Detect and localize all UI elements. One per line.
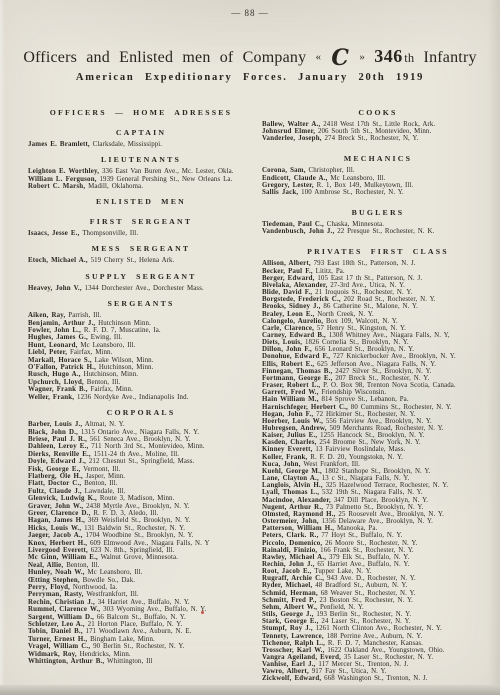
entry-address: Fairfax, Minn. <box>67 349 112 356</box>
entry-address: 625 Jefferson Ave., Niagara Falls, N. Y. <box>314 361 436 368</box>
roster-entry: O'Fallon, Patrick H., Hutchinson, Minn. <box>28 364 254 371</box>
section-heading: SUPPLY SERGEANT <box>28 272 254 281</box>
entry-name: Ostermeier, John, <box>262 518 319 525</box>
entry-address: 2438 Myrtle Ave., Brooklyn, N. Y. <box>83 503 189 510</box>
roster-entry: Fortmann, George E., 207 Breck St., Roch… <box>262 375 494 382</box>
entry-address: 1315 Ontario Ave., Niagara Falls, N. Y. <box>78 429 199 436</box>
roster-entry: Perry, Floyd, Northwood, Ia. <box>28 584 254 591</box>
roster-entry: Œtting Stephen, Bowdle So., Dak. <box>28 577 254 584</box>
entry-name: Stils, George J., <box>262 611 314 618</box>
roster-entry: Hogan, John F., 72 Hirkimer St., Rochest… <box>262 411 494 418</box>
entry-address: 26 Moore St., Rochester, N. Y. <box>322 540 417 547</box>
roster-entry: Upchurch, Lloyd, Benton, Ill. <box>28 379 254 386</box>
roster-entry: Tobin, Daniel B., 171 Woodlawn Ave., Aub… <box>28 628 254 635</box>
entry-address: Mc Leansboro, Ill. <box>78 342 136 349</box>
entry-name: Rusch, Hugo A., <box>28 371 81 378</box>
entry-address: 188 Perrine Ave., Auburn, N. Y. <box>324 633 422 640</box>
entry-name: Stark, George E., <box>262 618 319 625</box>
roster-entry: Livergood Everett, 623 N. 8th., Springfi… <box>28 547 254 554</box>
roster-entry: Borgstede, Frederick C., 202 Road St., R… <box>262 296 494 303</box>
roster-entry: Brooks, Sidney J., 86 Catherine St., Mal… <box>262 303 494 310</box>
entry-address: 793 East 18th St., Patterson, N. J. <box>311 260 416 267</box>
entry-name: Kuehl, George M., <box>262 468 322 475</box>
roster-entry: Tiedeman, Paul C., Chaska, Minnesota. <box>262 221 494 228</box>
entry-address: 623 N. 8th., Springfield, Ill. <box>88 547 175 554</box>
regiment-ordinal: th <box>404 51 414 65</box>
roster-entry: Sallis Jack, 100 Ambrose St., Rochester,… <box>262 189 494 196</box>
entry-address: 34 Harriet Ave., Buffalo, N. Y. <box>95 599 190 606</box>
entry-name: William L. Ferguson, <box>28 176 97 183</box>
entry-address: 1622 Oakland Ave., Youngstown, Ohio. <box>325 647 445 654</box>
entry-address: Mc Leansboro, Ill. <box>328 175 386 182</box>
entry-name: Œtting Stephen, <box>28 577 80 584</box>
roster-entry: Fisk, George E., Vermont, Ill. <box>28 466 254 473</box>
entry-name: Dillon, John F., <box>262 346 312 353</box>
entry-address: Northwood, Ia. <box>70 584 117 591</box>
entry-address: Benton, Ill. <box>81 480 117 487</box>
entry-name: Markall, Horace S., <box>28 357 92 364</box>
roster-entry: Rummel, Clarence W., 303 Wyoming Ave., B… <box>28 606 254 613</box>
entry-address: Penfield, N. Y. <box>317 604 364 611</box>
entry-name: Vangra Ageiland, Everd, <box>262 654 341 661</box>
entry-name: Harnischfeger, Herbert C., <box>262 404 348 411</box>
entry-name: Finnegan, Thomas B., <box>262 368 332 375</box>
entry-name: Endicott, Claude A., <box>262 175 328 182</box>
title-block: Officers and Enlisted men of Company « C… <box>0 46 500 83</box>
entry-name: Hunt, Leonard, <box>28 342 78 349</box>
entry-address: 48 Bradford St., Auburn, N. Y. <box>312 582 407 589</box>
entry-address: 80 Cummins St., Rochester, N. Y. <box>348 404 452 411</box>
roster-entry: Wagner, Frank B., Fairfax, Minn. <box>28 386 254 393</box>
entry-address: 1802 Stanhope St., Brooklyn, N. Y. <box>322 468 430 475</box>
entry-address: Chaska, Minnesota. <box>324 221 384 228</box>
entry-address: 656 Leonard St., Brooklyn, N. Y. <box>312 346 414 353</box>
roster-entry: Flatberg, Ole H., Jasper, Minn. <box>28 473 254 480</box>
left-column: OFFICERS — HOME ADRESSESCAPTAINJames E. … <box>28 108 254 691</box>
entry-address: 207 Breck St., Rochester, N. Y. <box>333 375 430 382</box>
entry-name: Koller, Frank, <box>262 454 307 461</box>
entry-address: Friendship Wisconsin. <box>319 389 387 396</box>
entry-name: Rawley, Michael A., <box>262 554 326 561</box>
roster-entry: Stils, George J., 193 Berlin St., Roches… <box>262 611 494 618</box>
entry-address: 711 North 3rd St., Montevideo, Minn. <box>88 443 204 450</box>
entry-name: Fisk, George E., <box>28 466 80 473</box>
roster-entry: Ryder, Michael, 48 Bradford St., Auburn,… <box>262 582 494 589</box>
page-number: — 88 — <box>0 8 500 18</box>
roster-entry: Lyall, Thomas L., 532 19th St., Niagara … <box>262 489 494 496</box>
entry-address: 1236 Nordyke Ave., Indianapolis Ind. <box>74 394 188 401</box>
open-guillemet: « <box>315 51 321 63</box>
entry-address: 943 Ave. D., Rochester, N. Y. <box>324 575 416 582</box>
section-heading: MECHANICS <box>262 154 494 163</box>
roster-entry: Vanhise, Earl J., 117 Mercer St., Trento… <box>262 661 494 668</box>
entry-name: Hain William M., <box>262 396 319 403</box>
entry-address: 24 Laser St., Rochester, N. Y. <box>319 618 411 625</box>
roster-entry: Rawley, Michael A., 379 Elk St., Buffalo… <box>262 554 494 561</box>
entry-name: Black, John D., <box>28 429 78 436</box>
entry-name: Whittington, Arthur B., <box>28 658 104 665</box>
roster-entry: Stumpf, Roy J., 1261 North Clinton Ave.,… <box>262 625 494 632</box>
roster-entry: Hoerber, Louis W., 556 Fairview Ave., Br… <box>262 418 494 425</box>
entry-address: Bingham Lake, Minn. <box>87 636 155 643</box>
entry-address: Lake Wilson, Minn. <box>92 357 154 364</box>
roster-entry: Rechin, Christian J., 34 Harriet Ave., B… <box>28 599 254 606</box>
entry-address: 131 Baldwin St., Rochester, N. Y. <box>81 525 185 532</box>
entry-address: R. 1, Box 149, Mulkeytown, Ill. <box>314 182 413 189</box>
document-title: Officers and Enlisted men of Company « C… <box>0 46 500 67</box>
roster-entry: Liebl, Peter, Fairfax, Minn. <box>28 349 254 356</box>
entry-name: Brooks, Sidney J., <box>262 303 321 310</box>
entry-address: 23 Boston St., Rochester, N. Y. <box>317 597 413 604</box>
entry-name: Leighton E. Worthley, <box>28 168 99 175</box>
entry-address: 13 c St., Niagara Falls, N. Y. <box>319 475 409 482</box>
entry-address: 1255 Hancock St., Brooklyn, N. Y. <box>317 432 424 439</box>
roster-section: MECHANICSCorona, Sam, Christopher, Ill.E… <box>262 150 494 204</box>
entry-name: Knox, Herbert H., <box>28 540 87 547</box>
entry-address: 57 Henry St., Kingston, N. Y. <box>314 325 406 332</box>
entry-address: Box 109, Walcott, N. Y. <box>323 318 398 325</box>
entry-name: Briese, Paul J. R., <box>28 436 87 443</box>
entry-address: 35 Laser St., Rochester, N. Y. <box>341 654 433 661</box>
section-heading: MESS SERGEANT <box>28 244 254 253</box>
entry-address: Walnut Grove, Minnesota. <box>98 554 178 561</box>
roster-entry: Kaiser, Julius E., 1255 Hancock St., Bro… <box>262 432 494 439</box>
entry-name: Dierks, Renville E., <box>28 451 91 458</box>
roster-entry: Knox, Herbert H., 609 Elmwood Ave., Niag… <box>28 540 254 547</box>
entry-address: 105 East 17 th St., Patterson, N. J. <box>315 275 423 282</box>
entry-name: Root, Jacob E., <box>262 568 312 575</box>
entry-address: West Frankfort, Ill. <box>301 461 360 468</box>
roster-entry: Ostermeier, John, 1356 Delaware Ave., Br… <box>262 518 494 525</box>
section-heading: OFFICERS — HOME ADRESSES <box>28 108 254 117</box>
roster-entry: Endicott, Claude A., Mc Leansboro, Ill. <box>262 175 494 182</box>
entry-name: Stumpf, Roy J., <box>262 625 313 632</box>
roster-entry: Tennety, Lawrence, 188 Perrine Ave., Aub… <box>262 633 494 640</box>
document-subtitle: American Expeditionary Forces. January 2… <box>0 72 500 83</box>
roster-entry: Doyle, Edward J., 212 Chesnut St., Sprin… <box>28 458 254 465</box>
roster-entry: Carle, Clarence, 57 Henry St., Kingston,… <box>262 325 494 332</box>
section-heading: PRIVATES FIRST CLASS <box>262 247 494 256</box>
entry-address: 1356 Delaware Ave., Brooklyn, N. Y. <box>319 518 433 525</box>
entry-name: Schlotzer, Leo A., <box>28 621 85 628</box>
entry-name: Blide, David F., <box>262 289 312 296</box>
entry-address: Route 3, Madison, Minn. <box>97 495 174 502</box>
entry-name: Aiken, Ray, <box>28 312 65 319</box>
entry-name: Widmark, Roy, <box>28 651 77 658</box>
entry-address: 556 Fairview Ave., Brooklyn, N. Y. <box>323 418 432 425</box>
roster-section: FIRST SERGEANTIsaacs, Jesse E., Thompson… <box>28 213 254 240</box>
entry-address: 668 Washington St., Trenton, N. J. <box>321 675 427 682</box>
entry-name: Carney, Edward B., <box>262 332 326 339</box>
roster-entry: Etoch, Michael A., 519 Cherry St., Helen… <box>28 257 254 264</box>
entry-address: 336 East Van Buren Ave., Mc. Lester, Okl… <box>99 168 233 175</box>
entry-address: Parrish, Ill. <box>65 312 101 319</box>
roster-entry: Turner, Ernest H., Bingham Lake, Minn. <box>28 636 254 643</box>
roster-entry: Kuca, John, West Frankfort, Ill. <box>262 461 494 468</box>
entry-address: 13 Fairview Roslindale, Mass. <box>313 446 406 453</box>
entry-address: 303 Wyoming Ave., Buffalo, N. Y. <box>100 606 206 613</box>
entry-address: 68 Weaver St., Rochester, N. Y. <box>318 590 416 597</box>
roster-entry: Perryman, Rasty, Westfrankfort, Ill. <box>28 591 254 598</box>
roster-entry: Briese, Paul J. R., 561 Seneca Ave., Bro… <box>28 436 254 443</box>
entry-address: 25 Roosevelt Ave., Brooklyn, N. Y. <box>336 511 444 518</box>
roster-entry: Barber, Louis J., Altmat, N. Y. <box>28 421 254 428</box>
entry-name: Vanhise, Earl J., <box>262 661 316 668</box>
entry-name: Hubregsen, Andrew, <box>262 425 327 432</box>
roster-entry: Ellis, Robert E., 625 Jefferson Ave., Ni… <box>262 361 494 368</box>
section-heading: ENLISTED MEN <box>28 197 254 206</box>
entry-address: 65 Harriet Ave., Buffalo, N. Y. <box>315 561 410 568</box>
entry-name: Robert C. Marsh, <box>28 183 85 190</box>
entry-name: Kuca, John, <box>262 461 301 468</box>
entry-name: Hogan, John F., <box>262 411 313 418</box>
entry-address: 727 Knickerbocker Ave., Brooklyn, N. Y. <box>330 353 456 360</box>
entry-name: Ballew, Walter A., <box>262 121 320 128</box>
roster-entry: Patterson, William H., Manooka, Pa. <box>262 525 494 532</box>
entry-address: Lawndale, Ill. <box>82 488 126 495</box>
entry-name: Braley, Leon E., <box>262 311 314 318</box>
title-text: Officers and Enlisted men of Company <box>23 49 306 66</box>
entry-name: Vandenbusch, John J., <box>262 228 334 235</box>
roster-entry: Donohue, Edward F., 727 Knickerbocker Av… <box>262 353 494 360</box>
entry-name: Garrett, Fred W., <box>262 389 319 396</box>
entry-address: 1344 Dorchester Ave., Dorchester Mass. <box>82 285 204 292</box>
entry-name: Hunley, Noah W., <box>28 569 85 576</box>
entry-address: 193 Berlin St., Rochester, N. Y. <box>314 611 412 618</box>
entry-address: 509 Merchants Road, Rochester, N. Y. <box>327 425 444 432</box>
roster-section: LIEUTENANTSLeighton E. Worthley, 336 Eas… <box>28 151 254 193</box>
roster-entry: Hagan, James H., 369 Weisfield St., Broo… <box>28 517 254 524</box>
roster-entry: Ballew, Walter A., 2418 West 17th St., L… <box>262 121 494 128</box>
entry-name: Lane, Clayton A., <box>262 475 319 482</box>
roster-entry: Trosscher, Karl W., 1622 Oakland Ave., Y… <box>262 647 494 654</box>
entry-address: R. F. D. 3, Aledo, Ill. <box>91 510 159 517</box>
roster-entry: Allison, Albert, 793 East 18th St., Patt… <box>262 260 494 267</box>
roster-entry: Langlois, Alvin H., 325 Hazelwood Terrac… <box>262 482 494 489</box>
right-column: COOKSBallew, Walter A., 2418 West 17th S… <box>262 108 494 691</box>
roster-entry: Vandenbusch, John J., 22 Presque St., Ro… <box>262 228 494 235</box>
entry-name: Lyall, Thomas L., <box>262 489 319 496</box>
entry-name: Dahleen, Leroy E., <box>28 443 88 450</box>
entry-name: Schmid, Herman, <box>262 590 318 597</box>
roster-entry: Whittington, Arthur B., Whittington, Ill <box>28 658 254 665</box>
roster-entry: Gregory, Lester, R. 1, Box 149, Mulkeyto… <box>262 182 494 189</box>
entry-name: Ryder, Michael, <box>262 582 312 589</box>
entry-name: Rechin, Christian J., <box>28 599 95 606</box>
entry-name: Tennety, Lawrence, <box>262 633 324 640</box>
entry-name: Sargent, William D., <box>28 614 94 621</box>
entry-name: Flatt, Doctor C., <box>28 480 81 487</box>
roster-section: MESS SERGEANTEtoch, Michael A., 519 Cher… <box>28 240 254 267</box>
entry-address: Westfrankfort, Ill. <box>84 591 139 598</box>
entry-name: Corona, Sam, <box>262 167 306 174</box>
entry-name: Hicks, Louis W., <box>28 525 81 532</box>
roster-entry: Calongelo, Aurelio, Box 109, Walcott, N.… <box>262 318 494 325</box>
entry-name: Tobin, Daniel B., <box>28 628 83 635</box>
roster-entry: Diets, Louis, 1826 Cornelia St., Brookly… <box>262 339 494 346</box>
roster-entry: Isaacs, Jesse E., Thompsonville, Ill. <box>28 230 254 237</box>
roster-entry: Markall, Horace S., Lake Wilson, Minn. <box>28 357 254 364</box>
roster-entry: Stark, George E., 24 Laser St., Rocheste… <box>262 618 494 625</box>
roster-section: ENLISTED MEN <box>28 193 254 213</box>
roster-entry: Berger, Edward, 105 East 17 th St., Patt… <box>262 275 494 282</box>
entry-address: Christopher, Ill. <box>306 167 355 174</box>
roster-entry: Benjamin, Arthur J., Hutchinson Minn. <box>28 320 254 327</box>
entry-address: Benton, Ill. <box>63 562 99 569</box>
entry-address: 917 Fay St., Utica, N. Y. <box>309 668 387 675</box>
entry-address: 90 Berlin St., Rochester, N. Y. <box>90 643 184 650</box>
title-suffix: Infantry <box>424 49 477 66</box>
red-ink-mark <box>201 611 204 614</box>
entry-name: Isaacs, Jesse E., <box>28 230 80 237</box>
roster-entry: Graver, John W., 2438 Myrtle Ave., Brook… <box>28 503 254 510</box>
roster-entry: Mc Ginn, William E., Walnut Grove, Minne… <box>28 554 254 561</box>
entry-name: Johnsrud Elmer, <box>262 128 315 135</box>
entry-name: Vragel, William C., <box>28 643 90 650</box>
roster-entry: Fultz, Claude J., Lawndale, Ill. <box>28 488 254 495</box>
entry-name: Langlois, Alvin H., <box>262 482 323 489</box>
entry-name: Diets, Louis, <box>262 339 302 346</box>
roster-entry: Aiken, Ray, Parrish, Ill. <box>28 312 254 319</box>
entry-name: Patterson, William H., <box>262 525 334 532</box>
entry-name: Fraser, Robert L., <box>262 382 320 389</box>
entry-address: Clarksdale, Mississippi. <box>90 141 162 148</box>
roster-entry: Rainaldi, Finizio, 166 Frank St., Roches… <box>262 547 494 554</box>
roster-entry: Kinney Everett, 13 Fairview Roslindale, … <box>262 446 494 453</box>
roster-entry: Sargent, William D., 66 Balcom St., Buff… <box>28 614 254 621</box>
entry-address: North Creek, N. Y. <box>314 311 373 318</box>
entry-address: 347 Dill Place, Brooklyn, N. Y. <box>331 497 428 504</box>
entry-name: Kaiser, Julius E., <box>262 432 317 439</box>
roster-entry: Glenvick, Ludwig K., Route 3, Madison, M… <box>28 495 254 502</box>
roster-entry: Sehm, Albert W., Penfield, N. Y. <box>262 604 494 611</box>
entry-name: Olmsted, Raymond H., <box>262 511 336 518</box>
roster-entry: Blide, David F., 21 Iroquois St., Roches… <box>262 289 494 296</box>
entry-name: Perry, Floyd, <box>28 584 70 591</box>
roster-entry: Finnegan, Thomas B., 2427 Silver St., Br… <box>262 368 494 375</box>
roster-entry: Koller, Frank, R. F. D. 20, Youngstokn, … <box>262 454 494 461</box>
entry-name: Barber, Louis J., <box>28 421 82 428</box>
roster-entry: Flatt, Doctor C., Benton, Ill. <box>28 480 254 487</box>
entry-address: 1826 Cornelia St., Brooklyn, N. Y. <box>302 339 409 346</box>
entry-address: Fairfax, Minn. <box>88 386 133 393</box>
entry-address: Benton, Ill. <box>84 379 120 386</box>
entry-name: James E. Bramlett, <box>28 141 90 148</box>
roster-entry: Rechin, John J., 65 Harriet Ave., Buffal… <box>262 561 494 568</box>
entry-name: Kinney Everett, <box>262 446 313 453</box>
roster-entry: Vanderlee, Joseph, 274 Breck St., Roches… <box>262 135 494 142</box>
entry-address: 814 Sprove St., Lebanon, Pa. <box>319 396 409 403</box>
entry-address: 274 Breck St., Rochester, N, Y. <box>322 135 419 142</box>
roster-entry: Leighton E. Worthley, 336 East Van Buren… <box>28 168 254 175</box>
roster-entry: Dillon, John F., 656 Leonard St., Brookl… <box>262 346 494 353</box>
roster-entry: Kasden, Charles, 254 Broome St., New Yor… <box>262 439 494 446</box>
entry-address: R. F. D. 7, Muscatine, Ia. <box>81 327 161 334</box>
roster-entry: Hubregsen, Andrew, 509 Merchants Road, R… <box>262 425 494 432</box>
section-heading: LIEUTENANTS <box>28 155 254 164</box>
entry-address: Lititz, Pa. <box>313 268 345 275</box>
entry-address: 1511-24 th Ave., Moline, Ill. <box>91 451 179 458</box>
entry-address: 66 Balcom St., Buffalo, N. Y. <box>94 614 186 621</box>
roster-entry: Becker, Paul F., Lititz, Pa. <box>262 268 494 275</box>
roster-section: OFFICERS — HOME ADRESSES <box>28 108 254 124</box>
roster-section: COOKSBallew, Walter A., 2418 West 17th S… <box>262 108 494 150</box>
entry-name: Trosscher, Karl W., <box>262 647 325 654</box>
entry-address: Jasper, Minn. <box>83 473 125 480</box>
entry-name: Tiedeman, Paul C., <box>262 221 324 228</box>
roster-entry: Schmitt, Fred P., 23 Boston St., Rochest… <box>262 597 494 604</box>
roster-entry: Jaeger, Jacob A., 1704 Woodbine St., Bro… <box>28 532 254 539</box>
entry-name: Donohue, Edward F., <box>262 353 330 360</box>
entry-name: Macindoe, Alexander, <box>262 497 331 504</box>
roster-section: BUGLERSTiedeman, Paul C., Chaska, Minnes… <box>262 204 494 243</box>
entry-address: 369 Weisfield St., Brooklyn, N. Y. <box>85 517 190 524</box>
entry-name: Graver, John W., <box>28 503 83 510</box>
entry-address: P. O. Box 98, Trenton Nova Scotia, Canad… <box>320 382 455 389</box>
entry-name: Nugent, Arthur R., <box>262 504 323 511</box>
company-letter: C <box>330 45 350 71</box>
entry-name: Rugraff, Archie C., <box>262 575 324 582</box>
entry-name: Borgstede, Frederick C., <box>262 296 341 303</box>
entry-address: Thompsonville, Ill. <box>80 230 139 237</box>
entry-address: 1308 Whitney Ave., Niagara Falls, N. Y, <box>326 332 450 339</box>
entry-address: 117 Mercer St., Trenton, N. J. <box>316 661 409 668</box>
entry-name: Fowler, John L., <box>28 327 81 334</box>
entry-address: 73 Palmetto St., Brooklyn, N. Y. <box>323 504 423 511</box>
roster-entry: Rusch, Hugo A., Hutchinson, Minn. <box>28 371 254 378</box>
entry-name: Ellis, Robert E., <box>262 361 314 368</box>
entry-address: 171 Woodlawn Ave., Auburn, N. E. <box>83 628 192 635</box>
entry-name: Allison, Albert, <box>262 260 311 267</box>
entry-address: 21 Horton Place, Buffalo, N. Y. <box>85 621 183 628</box>
entry-name: Turner, Ernest H., <box>28 636 87 643</box>
regiment-number: 346 <box>374 46 403 66</box>
entry-address: 21 Iroquois St., Rochester, N. Y. <box>312 289 412 296</box>
roster-entry: Dahleen, Leroy E., 711 North 3rd St., Mo… <box>28 443 254 450</box>
entry-name: Tichenor, Ralph L., <box>262 640 325 647</box>
entry-name: Schmitt, Fred P., <box>262 597 317 604</box>
entry-name: Wagner, Frank B., <box>28 386 88 393</box>
roster-entry: Hunt, Leonard, Mc Leansboro, Ill. <box>28 342 254 349</box>
entry-address: 77 Hoyt St., Buffalo, N. Y. <box>319 532 403 539</box>
entry-address: 379 Elk St., Buffalo, N. Y. <box>326 554 409 561</box>
roster-entry: Greer, Clarence D., R. F. D. 3, Aledo, I… <box>28 510 254 517</box>
entry-address: 519 Cherry St., Helena Ark. <box>88 257 175 264</box>
roster-entry: Widmark, Roy, Hendricks, Minn. <box>28 651 254 658</box>
entry-name: Sehm, Albert W., <box>262 604 317 611</box>
entry-name: Benjamin, Arthur J., <box>28 320 95 327</box>
entry-name: Carle, Clarence, <box>262 325 314 332</box>
entry-address: Mc Leansboro, Ill. <box>85 569 143 576</box>
entry-address: Hutchinson, Minn. <box>81 371 138 378</box>
entry-address: Ewing, Ill. <box>88 334 122 341</box>
section-heading: SERGEANTS <box>28 299 254 308</box>
entry-address: Bowdle So., Dak. <box>80 577 135 584</box>
entry-address: Hendricks, Minn. <box>77 651 131 658</box>
roster-entry: Robert C. Marsh, Madill, Oklahoma. <box>28 183 254 190</box>
entry-address: 254 Broome St., New York, N. Y. <box>317 439 421 446</box>
roster-entry: Neal, Allie, Benton, Ill. <box>28 562 254 569</box>
entry-name: Fultz, Claude J., <box>28 488 82 495</box>
entry-address: Whittington, Ill <box>104 658 152 665</box>
entry-name: Etoch, Michael A., <box>28 257 88 264</box>
entry-name: Gregory, Lester, <box>262 182 314 189</box>
roster-entry: Macindoe, Alexander, 347 Dill Place, Bro… <box>262 497 494 504</box>
entry-name: Upchurch, Lloyd, <box>28 379 84 386</box>
section-heading: COOKS <box>262 108 494 117</box>
entry-address: 1261 North Clinton Ave., Rochester, N. Y… <box>313 625 442 632</box>
entry-name: Fortmann, George E., <box>262 375 333 382</box>
